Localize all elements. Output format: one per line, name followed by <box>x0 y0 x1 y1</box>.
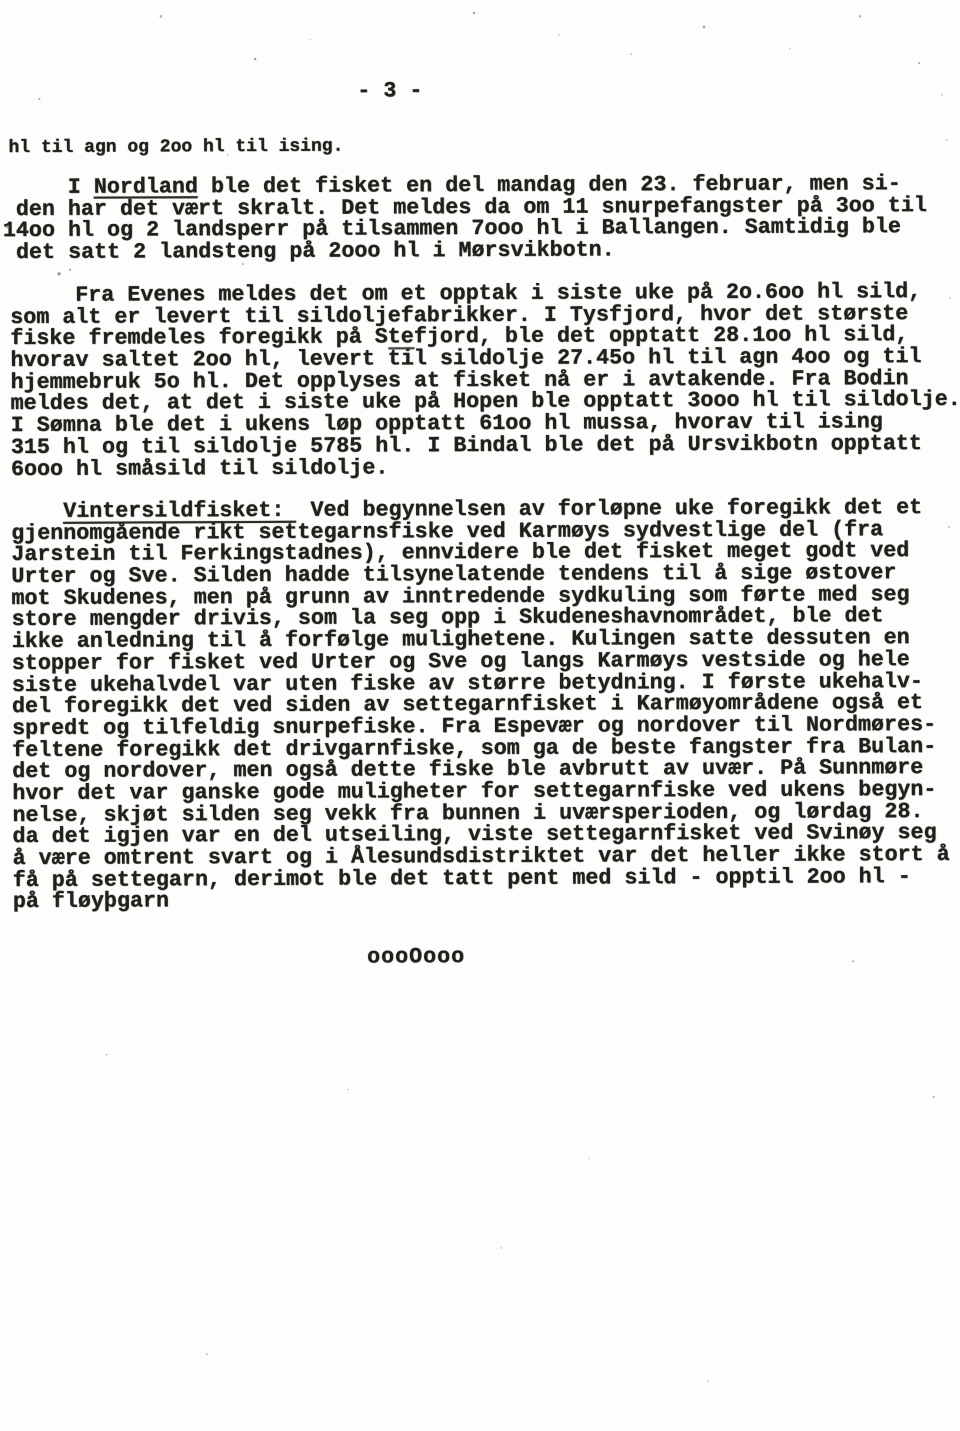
page-content: - 3 - hl til agn og 2oo hl til ising. I … <box>0 0 960 1431</box>
paragraph-evenes: Fra Evenes meldes det om et opptak i sis… <box>10 281 960 480</box>
paragraph-nordland: I Nordland ble det fisket en del mandag … <box>3 173 927 264</box>
text-line: 6ooo hl småsild til sildolje. <box>11 454 960 480</box>
text-line: 315 hl og til sildolje 5785 hl. I Bindal… <box>11 433 960 459</box>
section-divider: oooOooo <box>367 946 465 968</box>
text-line: på fløyþgarn <box>13 887 950 913</box>
paragraph-vintersildfisket: Vintersildfisket: Ved begynnelsen av for… <box>11 497 950 913</box>
text-line: det satt 2 landsteng på 2ooo hl i Mørsvi… <box>3 238 927 264</box>
page-number: - 3 - <box>357 80 422 102</box>
underline-stefjord-mark <box>388 347 414 349</box>
text-line: få på settegarn, derimot ble det tatt pe… <box>13 866 950 892</box>
continuation-line: hl til agn og 2oo hl til ising. <box>8 137 343 158</box>
scanned-document-page: - 3 - hl til agn og 2oo hl til ising. I … <box>0 0 960 1431</box>
